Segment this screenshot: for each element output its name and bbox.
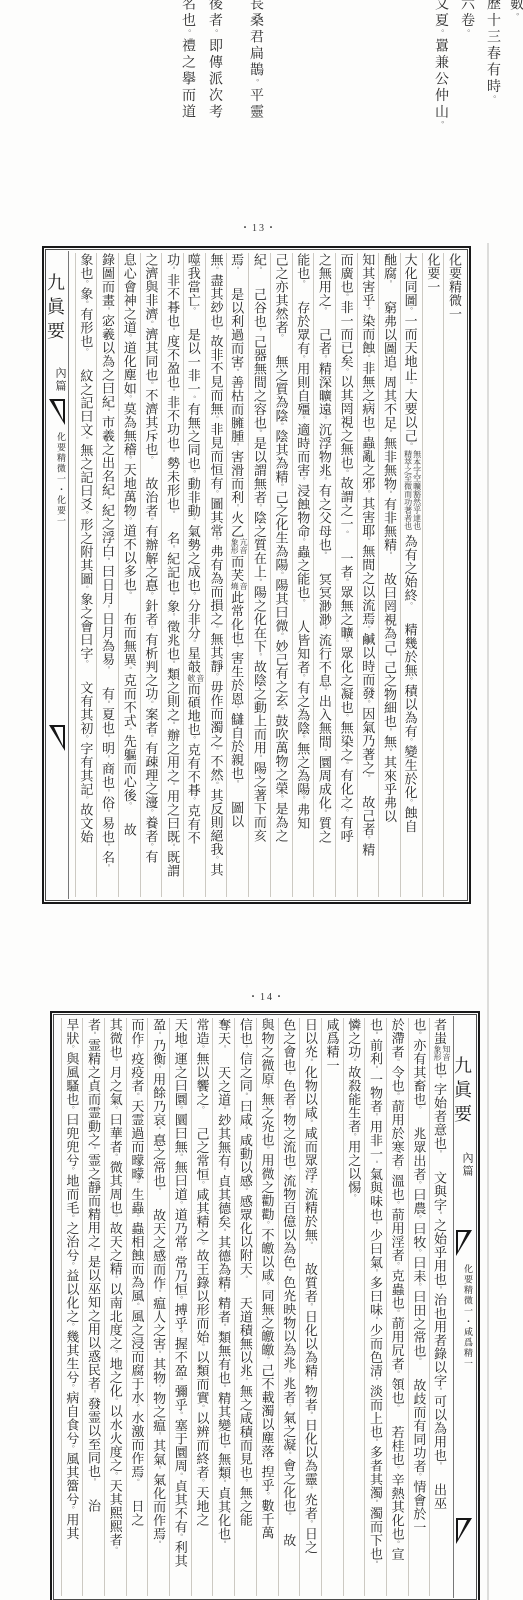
punctuation: 。 — [189, 518, 197, 525]
punctuation: 。 — [111, 1472, 119, 1479]
punctuation: 。 — [255, 755, 263, 762]
punctuation: 。 — [306, 1378, 314, 1385]
punctuation: 。 — [349, 1133, 357, 1140]
punctuation: 。 — [255, 267, 263, 274]
punctuation: 。 — [103, 735, 111, 742]
paragraph-gap — [244, 1283, 245, 1297]
punctuation: 。 — [342, 714, 350, 721]
punctuation: 。 — [393, 1541, 401, 1548]
paragraph-gap — [128, 809, 129, 823]
spine-chapter-label: 化要精微一・咸爲精一 — [454, 1264, 475, 1369]
text-column: 旱狀。與風騷也。曰兜兜兮。地而毛。之治兮。益以化之。幾其生兮。病自食兮。風其簹兮… — [61, 1018, 83, 1596]
punctuation: 。 — [255, 653, 263, 660]
punctuation: 。 — [154, 1432, 162, 1439]
punctuation: 。 — [435, 1212, 443, 1219]
punctuation: 。 — [371, 1222, 379, 1229]
punctuation: 。 — [255, 504, 263, 511]
paragraph-gap — [418, 1365, 419, 1379]
text-column: 常造。無以饗之。己之常恒。咸其精之。故王錄以形而始。以類而實。以辨而終者。天地之 — [191, 1018, 213, 1596]
punctuation: 。 — [219, 1107, 227, 1114]
punctuation: 。 — [414, 1215, 422, 1222]
fragment-text-column: 歷十三春有時。 — [482, 0, 502, 104]
interlinear-note: 知音象形 — [433, 1045, 451, 1062]
punctuation: 。 — [81, 511, 89, 518]
punctuation: 。 — [414, 1473, 422, 1480]
punctuation: 。 — [363, 626, 371, 633]
punctuation: 。 — [241, 1188, 249, 1195]
punctuation: 。 — [125, 334, 133, 341]
book-title: 九眞要 — [47, 273, 68, 345]
punctuation: 。 — [342, 762, 350, 769]
punctuation: 。 — [219, 1541, 227, 1548]
punctuation: 。 — [210, 29, 219, 38]
paragraph-gap — [288, 1520, 289, 1534]
page-number-14: ・14・ — [248, 988, 286, 1003]
punctuation: 。 — [342, 470, 350, 477]
punctuation: 。 — [176, 1106, 184, 1113]
punctuation: 。 — [176, 1154, 184, 1161]
punctuation: 。 — [406, 602, 414, 609]
punctuation: 。 — [211, 490, 219, 497]
text-column: 憐之功。故殺能生者。用之以惕。 — [343, 1018, 365, 1596]
punctuation: 。 — [241, 1093, 249, 1100]
punctuation: 。 — [103, 605, 111, 612]
book-part-label: 內篇 — [454, 1152, 475, 1178]
punctuation: 。 — [103, 497, 111, 504]
punctuation: 。 — [176, 1378, 184, 1385]
punctuation: 。 — [211, 267, 219, 274]
punctuation: 。 — [67, 1106, 75, 1113]
paragraph-gap — [302, 606, 303, 620]
punctuation: 。 — [211, 538, 219, 545]
punctuation: 。 — [511, 13, 520, 22]
paragraph-gap — [236, 274, 237, 288]
punctuation: 。 — [154, 1385, 162, 1392]
fishtail-mark — [456, 1518, 472, 1544]
punctuation: 。 — [393, 1093, 401, 1100]
punctuation: 。 — [385, 728, 393, 735]
punctuation: 。 — [232, 645, 240, 652]
punctuation: 。 — [371, 1317, 379, 1324]
punctuation: 。 — [146, 518, 154, 525]
fishtail-mark — [456, 1230, 472, 1256]
punctuation: 。 — [435, 1150, 443, 1157]
punctuation: 。 — [277, 795, 285, 802]
punctuation: 。 — [255, 328, 263, 335]
punctuation: 。 — [219, 1168, 227, 1175]
text-column: 盈。乃衡。用餘乃哀。惪之常也。故天之感而作。瘟人之害。其物。物之瘟。其氣。氣化而… — [147, 1018, 169, 1596]
punctuation: 。 — [176, 1201, 184, 1208]
punctuation: 。 — [111, 1398, 119, 1405]
page-14-frame: 九眞要 內篇 化要精微一・咸爲精一 者蚩知音象形也。字始者意也。文與字。之始乎用… — [50, 1011, 480, 1600]
punctuation: 。 — [81, 586, 89, 593]
punctuation: 。 — [320, 749, 328, 756]
punctuation: 。 — [263, 1492, 271, 1499]
punctuation: 。 — [103, 844, 111, 851]
punctuation: 。 — [385, 430, 393, 437]
punctuation: 。 — [393, 1310, 401, 1317]
paragraph-gap — [409, 609, 410, 623]
punctuation: 。 — [414, 1283, 422, 1290]
punctuation: 。 — [146, 592, 154, 599]
punctuation: 。 — [435, 1286, 443, 1293]
punctuation: 。 — [132, 1093, 140, 1100]
paragraph-gap — [93, 1485, 94, 1499]
punctuation: 。 — [385, 369, 393, 376]
punctuation: 。 — [132, 1303, 140, 1310]
punctuation: 。 — [371, 1269, 379, 1276]
punctuation: 。 — [168, 328, 176, 335]
text-column: 無。盡其玅也。故非不見而無。非見而恒有。圖其常。弗有為而損之。無其靜。毋作而濁之… — [205, 253, 227, 897]
punctuation: 。 — [103, 666, 111, 673]
fragment-text-column: 六卷。 — [456, 0, 476, 38]
punctuation: 。 — [263, 1282, 271, 1289]
punctuation: 。 — [241, 1276, 249, 1283]
scan-edge-line — [487, 243, 489, 1600]
punctuation: 。 — [306, 1486, 314, 1493]
punctuation: 。 — [67, 1167, 75, 1174]
punctuation: 。 — [414, 1181, 422, 1188]
punctuation: 。 — [251, 79, 260, 88]
text-column: 焉。是以利過而害。善枯而臃腫。害滑而利。火乙亢音象形而芺音燒此常化也。害生於恩。… — [226, 253, 248, 897]
punctuation: 。 — [414, 1106, 422, 1113]
paragraph-gap — [388, 287, 389, 301]
paragraph-gap — [345, 538, 346, 552]
paragraph-gap — [439, 1469, 440, 1483]
punctuation: 。 — [363, 355, 371, 362]
punctuation: 。 — [67, 1506, 75, 1513]
punctuation: 。 — [371, 1113, 379, 1120]
punctuation: 。 — [197, 1242, 205, 1249]
punctuation: 。 — [168, 545, 176, 552]
punctuation: 。 — [277, 707, 285, 714]
page-13-spine: 九眞要 內篇 化要精微一・化要一 — [47, 251, 69, 899]
punctuation: 。 — [132, 1181, 140, 1188]
punctuation: 。 — [154, 1541, 162, 1548]
punctuation: 。 — [146, 382, 154, 389]
punctuation: 。 — [219, 1045, 227, 1052]
punctuation: 。 — [232, 443, 240, 450]
text-column: 化要一 — [422, 253, 444, 897]
punctuation: 。 — [371, 1378, 379, 1385]
punctuation: 。 — [462, 29, 471, 38]
punctuation: 。 — [284, 1370, 292, 1377]
fragment-text-column: 文夏。囂兼公仲山。 — [430, 0, 450, 130]
punctuation: 。 — [232, 706, 240, 713]
punctuation: 。 — [435, 1462, 443, 1469]
punctuation: 。 — [241, 1378, 249, 1385]
punctuation: 。 — [342, 640, 350, 647]
punctuation: 。 — [342, 531, 350, 538]
punctuation: 。 — [306, 1181, 314, 1188]
punctuation: 。 — [488, 95, 497, 104]
punctuation: 。 — [263, 1147, 271, 1154]
punctuation: 。 — [363, 775, 371, 782]
punctuation: 。 — [111, 1154, 119, 1161]
punctuation: 。 — [125, 802, 133, 809]
punctuation: 。 — [125, 395, 133, 402]
punctuation: 。 — [363, 538, 371, 545]
punctuation: 。 — [168, 661, 176, 668]
page-13-frame: 九眞要 內篇 化要精微一・化要一 化要精微一化要一大化同圖。一而天地止。大要以己… — [42, 246, 471, 904]
punctuation: 。 — [363, 836, 371, 843]
punctuation: 。 — [154, 1188, 162, 1195]
text-column: 象也。象。有形也。紋之記曰文。無之記曰爻。形之附其圖。象之會曰字。文有其初。字有… — [75, 253, 97, 897]
text-column: 錄圖而畫。宓羲以為之曰紀。市羲之出名紀。紀之浮白。曰日月。日月為易。有。夏也。明… — [96, 253, 118, 897]
paragraph-gap — [223, 1052, 224, 1066]
punctuation: 。 — [197, 1045, 205, 1052]
text-column: 之無用之。己者。精深曠遠。沉浮物兆。有之父母也。冥冥渺渺。流行不息。出入無間。圜… — [313, 253, 335, 897]
punctuation: 。 — [103, 307, 111, 314]
punctuation: 。 — [125, 592, 133, 599]
punctuation: 。 — [81, 301, 89, 308]
punctuation: 。 — [168, 613, 176, 620]
punctuation: 。 — [371, 1032, 379, 1039]
paragraph-gap — [85, 355, 86, 369]
punctuation: 。 — [277, 633, 285, 640]
punctuation: 。 — [146, 456, 154, 463]
punctuation: 。 — [284, 1072, 292, 1079]
text-column: 色之會也。色者。物之流也。流物百億以為色。色灮映物以為兆。兆者。氣之凝。會之化也… — [278, 1018, 300, 1596]
punctuation: 。 — [81, 796, 89, 803]
punctuation: 。 — [232, 780, 240, 787]
punctuation: 。 — [197, 1181, 205, 1188]
punctuation: 。 — [277, 572, 285, 579]
punctuation: 。 — [284, 1452, 292, 1459]
punctuation: 。 — [371, 1439, 379, 1446]
text-column: 者。霊精之貞而霊動之。霊之靜而精用之。是以巫知之用以惑民者。發霊以至同也。治 — [82, 1018, 104, 1596]
punctuation: 。 — [211, 782, 219, 789]
punctuation: 。 — [393, 1167, 401, 1174]
punctuation: 。 — [81, 660, 89, 667]
punctuation: 。 — [320, 810, 328, 817]
punctuation: 。 — [298, 796, 306, 803]
punctuation: 。 — [263, 1221, 271, 1228]
punctuation: 。 — [371, 1066, 379, 1073]
punctuation: 。 — [189, 470, 197, 477]
punctuation: 。 — [111, 1215, 119, 1222]
punctuation: 。 — [89, 1478, 97, 1485]
punctuation: 。 — [67, 1445, 75, 1452]
punctuation: 。 — [146, 321, 154, 328]
punctuation: 。 — [406, 677, 414, 684]
punctuation: 。 — [241, 1127, 249, 1134]
punctuation: 。 — [263, 1086, 271, 1093]
punctuation: 。 — [67, 1323, 75, 1330]
punctuation: 。 — [277, 423, 285, 430]
punctuation: 。 — [81, 280, 89, 287]
punctuation: 。 — [168, 511, 176, 518]
punctuation: 。 — [146, 626, 154, 633]
text-column: 日以灮。化物以咸。咸而眾浮。流精於無。故質者。日化以為精。物者。日化以為靈。灮者… — [299, 1018, 321, 1596]
text-column: 與物之微原。無之灮也。用微之勸勸。不皦以咸。同無之皦皦。己不載濁以塵落。揑乎。數… — [256, 1018, 278, 1596]
punctuation: 。 — [393, 1405, 401, 1412]
punctuation: 。 — [241, 1479, 249, 1486]
punctuation: 。 — [406, 307, 414, 314]
punctuation: 。 — [189, 736, 197, 743]
fishtail-mark — [49, 399, 65, 425]
punctuation: 。 — [306, 1520, 314, 1527]
punctuation: 。 — [67, 1045, 75, 1052]
punctuation: 。 — [284, 1269, 292, 1276]
interlinear-note: 音燒 — [230, 582, 248, 591]
punctuation: 。 — [154, 1127, 162, 1134]
paragraph-gap — [192, 314, 193, 328]
text-column: 之濟與非濟。濟其同也。不濟其斥也。故治者。有辦解之惪。針者。有析判之功。案者。有… — [140, 253, 162, 897]
punctuation: 。 — [363, 429, 371, 436]
punctuation: 。 — [263, 1357, 271, 1364]
page-13-columns: 化要精微一化要一大化同圖。一而天地止。大要以己。無本字空曠豁然乎達也精萃之至微而… — [71, 253, 465, 897]
punctuation: 。 — [414, 1358, 422, 1365]
paragraph-gap — [236, 787, 237, 801]
punctuation: 。 — [67, 1384, 75, 1391]
punctuation: 。 — [393, 1371, 401, 1378]
paragraph-gap — [323, 559, 324, 573]
punctuation: 。 — [89, 1147, 97, 1154]
punctuation: 。 — [393, 1262, 401, 1269]
punctuation: 。 — [103, 755, 111, 762]
punctuation: 。 — [298, 477, 306, 484]
punctuation: 。 — [103, 701, 111, 708]
punctuation: 。 — [406, 738, 414, 745]
text-column: 於滯者。令也。葥用於寒者。溫也。葥用淫者。克蟲也。葥用凥者。領也。若桂也。辛熱其… — [386, 1018, 408, 1596]
punctuation: 。 — [414, 1032, 422, 1039]
interlinear-note: 亢音象形 — [230, 538, 248, 555]
page-14-columns: 者蚩知音象形也。字始者意也。文與字。之始乎用也。治也用者錄以字。可以為用也。出巫… — [56, 1018, 451, 1596]
punctuation: 。 — [219, 1480, 227, 1487]
punctuation: 。 — [89, 1390, 97, 1397]
punctuation: 。 — [232, 504, 240, 511]
punctuation: 。 — [189, 307, 197, 314]
punctuation: 。 — [197, 1405, 205, 1412]
text-column: 能也。存於眾有。用則自殭。適時而害。浸蝕物命。蟲之能也。人皆知者。有之為陰。無之… — [292, 253, 314, 897]
punctuation: 。 — [103, 810, 111, 817]
punctuation: 。 — [189, 592, 197, 599]
punctuation: 。 — [154, 1351, 162, 1358]
punctuation: 。 — [298, 735, 306, 742]
punctuation: 。 — [320, 355, 328, 362]
text-column: 者蚩知音象形也。字始者意也。文與字。之始乎用也。治也用者錄以字。可以為用也。出巫 — [429, 1018, 451, 1596]
punctuation: 。 — [125, 667, 133, 674]
punctuation: 。 — [189, 797, 197, 804]
punctuation: 。 — [176, 1412, 184, 1419]
punctuation: 。 — [168, 267, 176, 274]
punctuation: 。 — [306, 1412, 314, 1419]
punctuation: 。 — [371, 1161, 379, 1168]
punctuation: 。 — [232, 369, 240, 376]
punctuation: 。 — [132, 1215, 140, 1222]
punctuation: 。 — [168, 593, 176, 600]
punctuation: 。 — [219, 1229, 227, 1236]
punctuation: 。 — [435, 1388, 443, 1395]
punctuation: 。 — [393, 1466, 401, 1473]
punctuation: 。 — [284, 1513, 292, 1520]
text-column: 奪天。天之道。玅其無有。貞其德矣。其德為精。精者。類無有也。精其變也。無類。貞其… — [212, 1018, 234, 1596]
punctuation: 。 — [277, 484, 285, 491]
punctuation: 。 — [349, 1059, 357, 1066]
paragraph-gap — [150, 463, 151, 477]
punctuation: 。 — [277, 334, 285, 341]
fishtail-mark — [49, 725, 65, 751]
punctuation: 。 — [154, 1290, 162, 1297]
text-column: 其微也。月之氣。曰華者。微其周也。故天之精。以南北度之。地之化。以水火度之。天其… — [104, 1018, 126, 1596]
paragraph-gap — [128, 599, 129, 613]
text-column: 己之亦其然者。無之質為陰。陰其為精。己之化生為陽。陽其曰微。妙己有之玄。鼓吹萬物… — [270, 253, 292, 897]
fragment-text-column: 後者。即傳派次考 — [204, 0, 224, 121]
paragraph-gap — [136, 1486, 137, 1500]
punctuation: 。 — [342, 809, 350, 816]
punctuation: 。 — [146, 843, 154, 850]
punctuation: 。 — [436, 29, 445, 38]
punctuation: 。 — [81, 437, 89, 444]
punctuation: 。 — [176, 1473, 184, 1480]
page-number-13: ・13・ — [240, 219, 278, 234]
text-column: 而作。疫疫者。天霊過而曚曚。生蟲。蟲相蝕而為風。風之浸而腐于水。水激而作焉。日之 — [126, 1018, 148, 1596]
punctuation: 。 — [176, 1534, 184, 1541]
text-column: 紀。己谷也。己器無間之容也。是以謂無者。陰之質在上。陽之化在下。故陰之動上而用。… — [248, 253, 270, 897]
text-column: 而廣也。非一而已矣。以其罔視之無也。故謂之一。一者。眾無之曠。眾化之凝也。無染之… — [335, 253, 357, 897]
punctuation: 。 — [103, 409, 111, 416]
scanned-book-page: { "top_fragment": { "columns": [ {"x": 5… — [0, 0, 523, 1600]
punctuation: 。 — [67, 1215, 75, 1222]
punctuation: 。 — [211, 673, 219, 680]
punctuation: 。 — [284, 1106, 292, 1113]
page-14-spine: 九眞要 內篇 化要精微一・咸爲精一 — [453, 1016, 475, 1598]
punctuation: 。 — [103, 864, 111, 871]
punctuation: 。 — [385, 749, 393, 756]
punctuation: 。 — [298, 599, 306, 606]
punctuation: 。 — [393, 1059, 401, 1066]
punctuation: 。 — [342, 294, 350, 301]
text-column: 天地。運之曰圜。圜曰無。無曰道。道乃常。常乃恒。搏乎。握不盈。彌乎。塞于圜周。貞… — [169, 1018, 191, 1596]
paragraph-gap — [367, 782, 368, 796]
punctuation: 。 — [406, 799, 414, 806]
spine-chapter-label: 化要精微一・化要一 — [47, 432, 68, 527]
punctuation: 。 — [132, 1045, 140, 1052]
punctuation: 。 — [125, 517, 133, 524]
punctuation: 。 — [197, 1344, 205, 1351]
punctuation: 。 — [342, 368, 350, 375]
text-column: 功。非不朞也。度不盈也。非不功也。勢未形也。名。紀記也。象。徵兆也。類之則之。辦… — [161, 253, 183, 897]
punctuation: 。 — [320, 307, 328, 314]
punctuation: 。 — [363, 490, 371, 497]
paragraph-gap — [439, 1157, 440, 1171]
text-column: 息心會神之道。道化塵如。莫為無稽。天地萬物。道不以多也。布而無異。克而不式。先軀… — [118, 253, 140, 897]
punctuation: 。 — [306, 1242, 314, 1249]
punctuation: 。 — [67, 1262, 75, 1269]
paragraph-gap — [418, 1113, 419, 1127]
paragraph-gap — [107, 673, 108, 687]
punctuation: 。 — [371, 1500, 379, 1507]
punctuation: 。 — [146, 735, 154, 742]
punctuation: 。 — [320, 552, 328, 559]
punctuation: 。 — [103, 558, 111, 565]
paragraph-gap — [158, 1195, 159, 1209]
punctuation: 。 — [320, 477, 328, 484]
punctuation: 。 — [154, 1466, 162, 1473]
punctuation: 。 — [211, 748, 219, 755]
punctuation: 。 — [168, 722, 176, 729]
punctuation: 。 — [306, 1303, 314, 1310]
paragraph-gap — [388, 559, 389, 573]
punctuation: 。 — [154, 1066, 162, 1073]
text-column: 信也。信之同。曰咸。咸動以感。感眾化以附天。天道積無以兆。無之咸積而見也。無之能 — [234, 1018, 256, 1596]
book-part-label: 內篇 — [47, 367, 68, 393]
punctuation: 。 — [363, 700, 371, 707]
punctuation: 。 — [89, 1032, 97, 1039]
punctuation: 。 — [298, 416, 306, 423]
fragment-text-column: 數。 — [505, 0, 523, 22]
